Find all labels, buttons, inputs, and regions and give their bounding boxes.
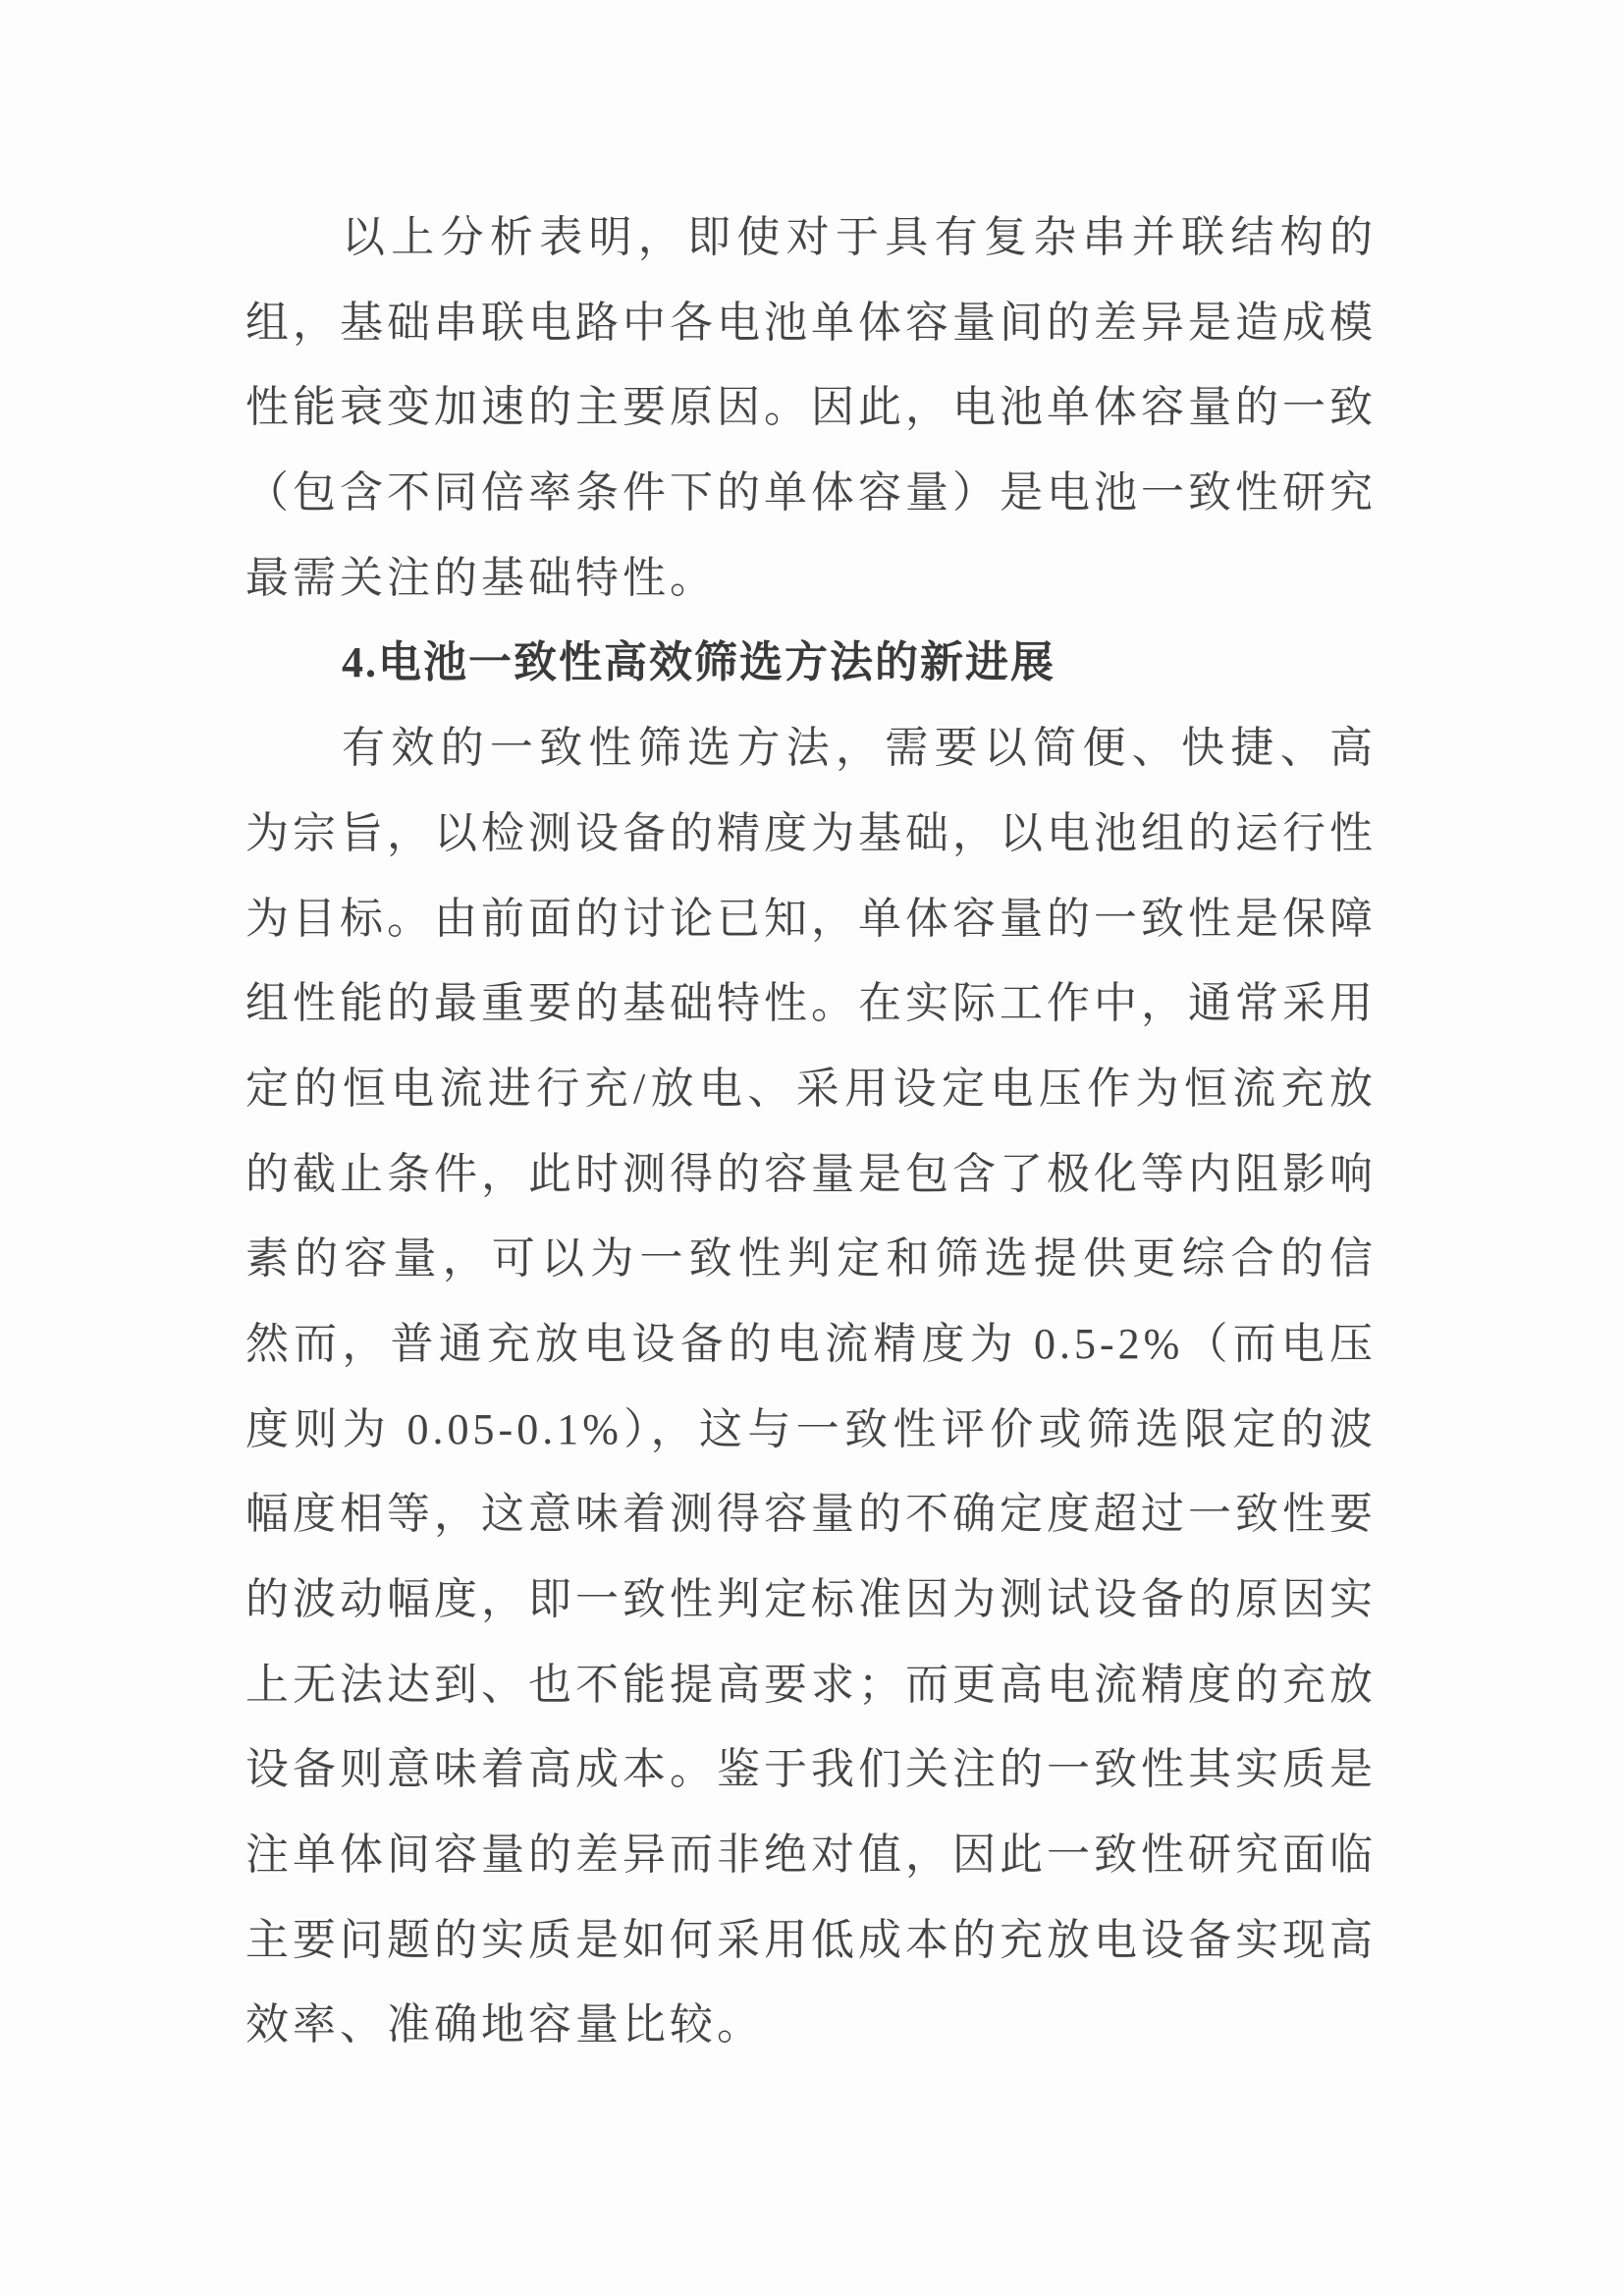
text-line: 的波动幅度，即一致性判定标准因为测试设备的原因实际 bbox=[245, 1558, 1377, 1643]
text-line: 以上分析表明，即使对于具有复杂串并联结构的模 bbox=[245, 195, 1377, 281]
text-line: 定的恒电流进行充/放电、采用设定电压作为恒流充放电 bbox=[245, 1047, 1377, 1132]
text-line: 素的容量，可以为一致性判定和筛选提供更综合的信息。 bbox=[245, 1217, 1377, 1302]
document-page: 以上分析表明，即使对于具有复杂串并联结构的模组，基础串联电路中各电池单体容量间的… bbox=[0, 0, 1623, 2296]
text-line: 效率、准确地容量比较。 bbox=[245, 1983, 1377, 2068]
text-line: 度则为 0.05-0.1%），这与一致性评价或筛选限定的波动 bbox=[245, 1388, 1377, 1473]
text-line: 上无法达到、也不能提高要求；而更高电流精度的充放电 bbox=[245, 1643, 1377, 1728]
text-line: 注单体间容量的差异而非绝对值，因此一致性研究面临的 bbox=[245, 1813, 1377, 1898]
text-line: 最需关注的基础特性。 bbox=[245, 536, 1377, 622]
text-line: 然而，普通充放电设备的电流精度为 0.5-2%（而电压精 bbox=[245, 1302, 1377, 1388]
text-line: 有效的一致性筛选方法，需要以简便、快捷、高通量 bbox=[245, 706, 1377, 792]
text-line: （包含不同倍率条件下的单体容量）是电池一致性研究中 bbox=[245, 451, 1377, 536]
text-line: 的截止条件，此时测得的容量是包含了极化等内阻影响因 bbox=[245, 1132, 1377, 1218]
text-line: 主要问题的实质是如何采用低成本的充放电设备实现高 bbox=[245, 1898, 1377, 1984]
document-body: 以上分析表明，即使对于具有复杂串并联结构的模组，基础串联电路中各电池单体容量间的… bbox=[245, 195, 1377, 2068]
section-heading: 4.电池一致性高效筛选方法的新进展 bbox=[245, 621, 1377, 706]
text-line: 组性能的最重要的基础特性。在实际工作中，通常采用设 bbox=[245, 961, 1377, 1047]
text-line: 组，基础串联电路中各电池单体容量间的差异是造成模组 bbox=[245, 281, 1377, 366]
text-line: 设备则意味着高成本。鉴于我们关注的一致性其实质是关 bbox=[245, 1727, 1377, 1813]
text-line: 性能衰变加速的主要原因。因此，电池单体容量的一致性 bbox=[245, 365, 1377, 451]
text-line: 为目标。由前面的讨论已知，单体容量的一致性是保障模 bbox=[245, 877, 1377, 962]
text-line: 为宗旨，以检测设备的精度为基础，以电池组的运行性能 bbox=[245, 792, 1377, 877]
text-line: 幅度相等，这意味着测得容量的不确定度超过一致性要求 bbox=[245, 1472, 1377, 1558]
